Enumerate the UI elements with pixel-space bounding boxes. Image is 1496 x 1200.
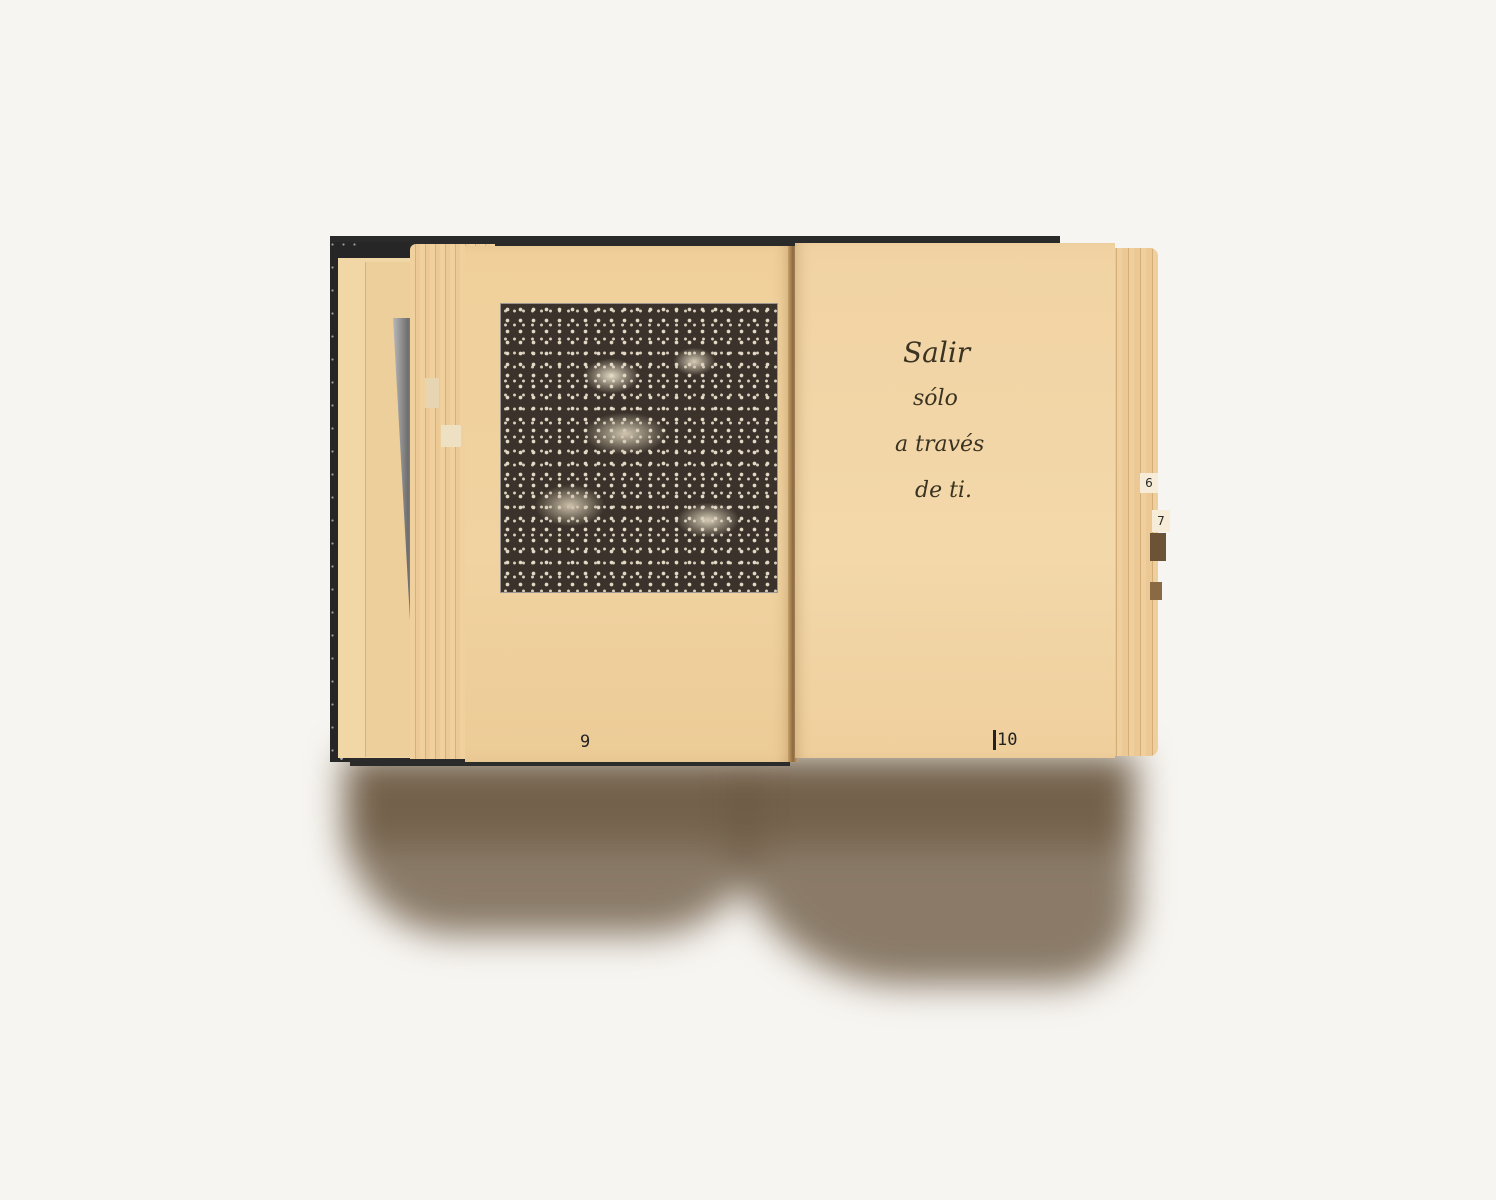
shadow-left-lobe [345,755,765,935]
page-tab-small [1150,582,1162,600]
left-tab [441,425,461,447]
handwritten-text: Salir sólo a través de ti. [895,330,1015,514]
page-tab-dark [1150,533,1166,561]
page-number-right: 10 [993,730,1017,750]
foliage-photo [500,303,778,593]
handwriting-line: sólo [895,376,1015,422]
handwriting-line: a través [895,422,1015,468]
left-tab [425,378,439,408]
shadow-right-lobe [725,755,1135,985]
page-tab-6: 6 [1140,473,1158,493]
handwriting-line: de ti. [895,468,1015,514]
page-tab-7: 7 [1152,510,1170,532]
right-page-stack [1110,248,1158,756]
page-number-left: 9 [580,732,590,752]
book-shadow [345,755,1135,1005]
handwriting-line: Salir [895,330,1015,376]
